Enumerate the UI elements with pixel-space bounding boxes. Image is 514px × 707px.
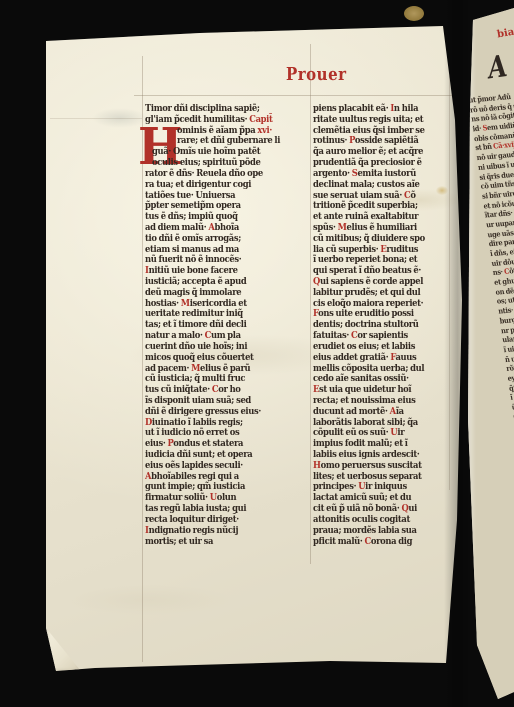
text-line: declinat mala; custos aĩe	[313, 178, 451, 190]
ruling-line-horizontal-top	[134, 95, 456, 96]
text-column-right: piens placabit eã· In hilaritate uultus …	[313, 102, 451, 545]
crease-line	[50, 118, 142, 119]
text-column-left: Timor dñi disciplina sapiẽ;gl'iam p̃cedi…	[145, 102, 283, 545]
text-line: praua; mordẽs labia sua	[313, 524, 451, 536]
text-line: Indignatio regis nũcij	[145, 524, 283, 536]
ruling-line-vertical-middle	[310, 44, 311, 564]
leaf-fragment-stain	[404, 6, 424, 21]
text-line: ra tua; et dirigentur cogi	[145, 178, 283, 190]
running-header: Prouer	[286, 64, 347, 85]
manuscript-page: Prouer H Timor dñi disciplina sapiẽ;gl'i…	[0, 0, 514, 707]
page-corner-fold	[46, 626, 80, 672]
pen-flourish-letter: A	[486, 47, 509, 85]
text-line: eius addet gratiã· Fauus	[313, 351, 451, 363]
text-line: micos quoq̃ eius cõuertet	[145, 351, 283, 363]
manuscript-photo: Prouer H Timor dñi disciplina sapiẽ;gl'i…	[0, 0, 514, 707]
facing-text-column: ut p̃mor Adũrõ uõ deris q̃ uins nõ iã cõ…	[468, 88, 514, 441]
parchment-stain	[436, 186, 448, 195]
text-line: pficit malũ· Corona dig	[313, 535, 451, 547]
facing-running-header-fragment: bia	[496, 27, 514, 41]
text-line: mortis; et uir sa	[145, 535, 283, 547]
